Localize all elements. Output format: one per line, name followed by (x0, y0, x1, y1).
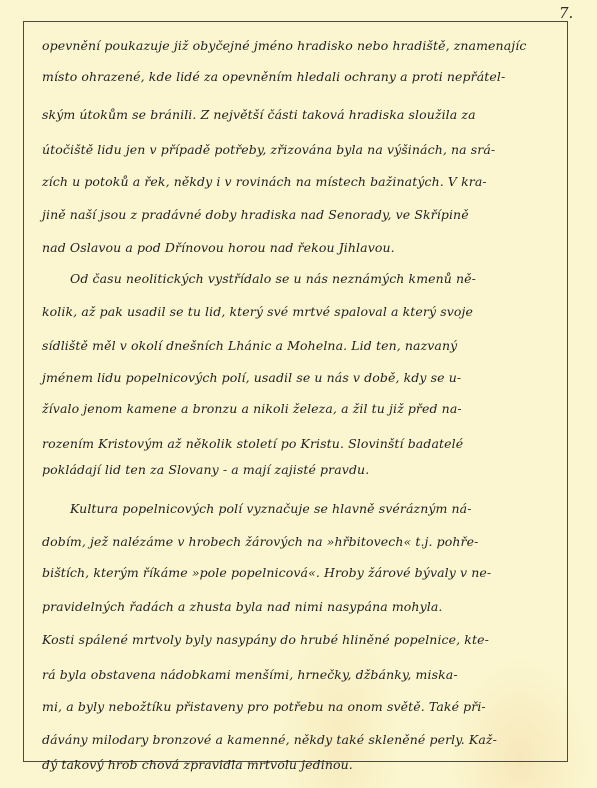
text-line: Kosti spálené mrtvoly byly nasypány do h… (42, 632, 489, 647)
text-line: jménem lidu popelnicových polí, usadil s… (42, 370, 461, 385)
page-frame-border (23, 21, 568, 762)
text-line: Kultura popelnicových polí vyznačuje se … (70, 501, 472, 516)
text-line: ským útokům se bránili. Z největší části… (42, 107, 476, 122)
text-line: bištích, kterým říkáme »pole popelnicová… (42, 565, 491, 580)
text-line: opevnění poukazuje již obyčejné jméno hr… (42, 38, 526, 53)
text-line: sídliště měl v okolí dnešních Lhánic a M… (42, 338, 457, 353)
text-line: útočiště lidu jen v případě potřeby, zři… (42, 142, 495, 157)
text-line: zích u potoků a řek, někdy i v rovinách … (42, 174, 487, 189)
text-line: místo ohrazené, kde lidé za opevněním hl… (42, 69, 505, 84)
text-line: jině naší jsou z pradávné doby hradiska … (42, 207, 469, 222)
text-line: rozením Kristovým až několik století po … (42, 436, 463, 451)
text-line: dobím, jež nalézáme v hrobech žárových n… (42, 534, 478, 549)
text-line: mi, a byly nebožtíku přistaveny pro potř… (42, 699, 486, 714)
text-line: rá byla obstavena nádobkami menšími, hrn… (42, 667, 458, 682)
manuscript-page: 7. opevnění poukazuje již obyčejné jméno… (0, 0, 597, 788)
text-line: žívalo jenom kamene a bronzu a nikoli že… (42, 401, 462, 416)
text-line: pravidelných řadách a zhusta byla nad ni… (42, 599, 442, 614)
text-line: dávány milodary bronzové a kamenné, někd… (42, 732, 497, 747)
page-number: 7. (559, 4, 573, 22)
text-line: Od času neolitických vystřídalo se u nás… (70, 271, 476, 286)
text-line: dý takový hrob chová zpravidla mrtvolu j… (42, 757, 353, 772)
text-line: kolik, až pak usadil se tu lid, který sv… (42, 304, 473, 319)
text-line: nad Oslavou a pod Dřínovou horou nad řek… (42, 240, 395, 255)
text-line: pokládají lid ten za Slovany - a mají za… (42, 462, 369, 477)
